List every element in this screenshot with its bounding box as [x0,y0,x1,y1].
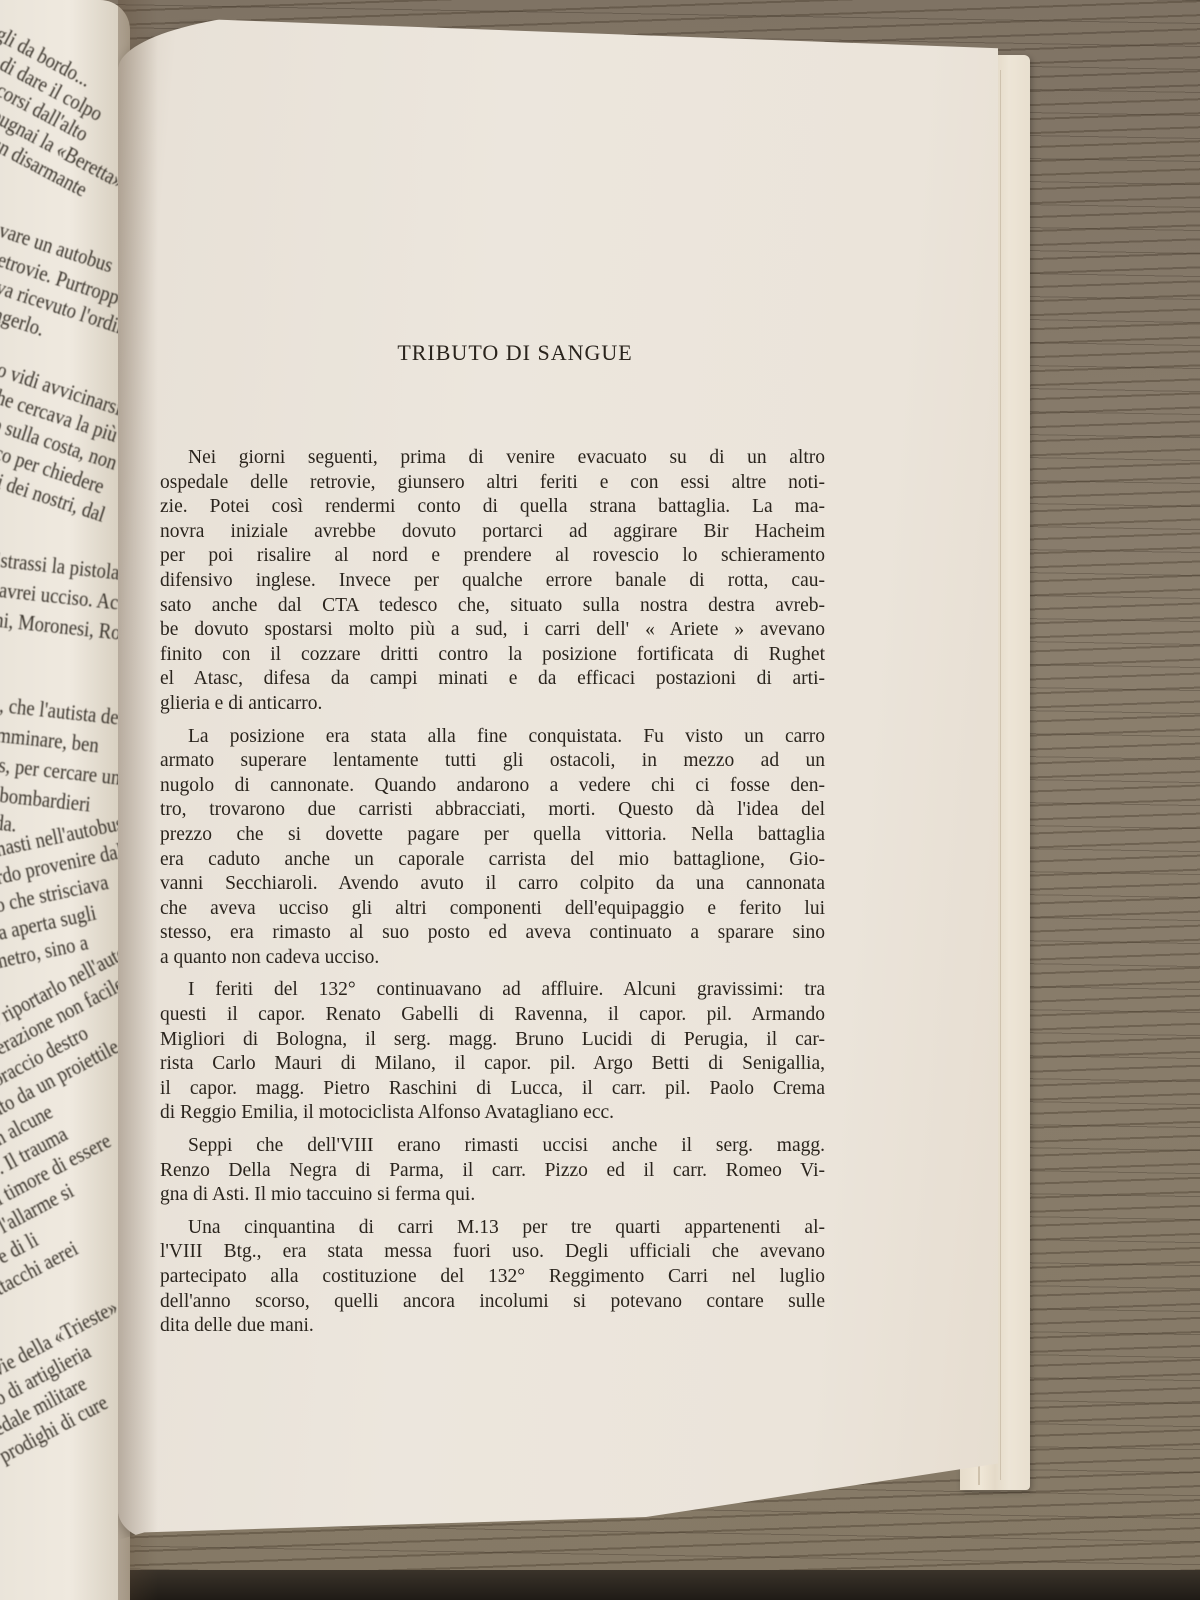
text-line: partecipato alla costituzione del 132° R… [160,1265,825,1290]
text-line: Renzo Della Negra di Parma, il carr. Piz… [160,1159,825,1184]
text-line: La posizione era stata alla fine conquis… [160,725,825,750]
text-line: l'VIII Btg., era stata messa fuori uso. … [160,1240,825,1265]
text-line: glieria e di anticarro. [160,692,825,717]
paragraph: La posizione era stata alla fine conquis… [160,725,825,971]
text-line: stesso, era rimasto al suo posto ed avev… [160,921,825,946]
paragraph: Nei giorni seguenti, prima di venire eva… [160,446,825,717]
text-line: che aveva ucciso gli altri componenti de… [160,897,825,922]
text-line: vanni Secchiaroli. Avendo avuto il carro… [160,872,825,897]
text-line: Migliori di Bologna, il serg. magg. Brun… [160,1028,825,1053]
text-line: dell'anno scorso, quelli ancora incolumi… [160,1290,825,1315]
text-line: I feriti del 132° continuavano ad afflui… [160,978,825,1003]
text-line: dita delle due mani. [160,1314,825,1339]
text-line: questi il capor. Renato Gabelli di Raven… [160,1003,825,1028]
text-line: el Atasc, difesa da campi minati e da ef… [160,667,825,692]
text-line: era caduto anche un caporale carrista de… [160,848,825,873]
text-line: a quanto non cadeva ucciso. [160,946,825,971]
text-line: Una cinquantina di carri M.13 per tre qu… [160,1216,825,1241]
paragraph: I feriti del 132° continuavano ad afflui… [160,978,825,1126]
text-line: zie. Potei così rendermi conto di quella… [160,495,825,520]
text-line: di Reggio Emilia, il motociclista Alfons… [160,1101,825,1126]
text-line: armato superare lentamente tutti gli ost… [160,749,825,774]
text-line: il capor. magg. Pietro Raschini di Lucca… [160,1077,825,1102]
body-text: Nei giorni seguenti, prima di venire eva… [160,446,825,1339]
text-line: prezzo che si dovette pagare per quella … [160,823,825,848]
text-line: sato anche dal CTA tedesco che, situato … [160,594,825,619]
text-line: rista Carlo Mauri di Milano, il capor. p… [160,1052,825,1077]
text-line: ospedale delle retrovie, giunsero altri … [160,471,825,496]
text-line: Nei giorni seguenti, prima di venire eva… [160,446,825,471]
text-line: finito con il cozzare dritti contro la p… [160,643,825,668]
left-page: rtagli da bordo...ito di dare il colpoe … [0,0,130,1600]
text-line: be dovuto spostarsi molto più a sud, i c… [160,618,825,643]
paragraph: Seppi che dell'VIII erano rimasti uccisi… [160,1134,825,1208]
text-line: novra iniziale avrebbe dovuto portarci a… [160,520,825,545]
chapter-title: TRIBUTO DI SANGUE [205,340,825,366]
table-edge [0,1570,1200,1600]
gutter-shadow [118,0,158,1600]
text-line: per poi risalire al nord e prendere al r… [160,544,825,569]
text-line: nugolo di cannonate. Quando andarono a v… [160,774,825,799]
text-line: tro, trovarono due carristi abbracciati,… [160,798,825,823]
text-line: difensivo inglese. Invece per qualche er… [160,569,825,594]
text-line: gna di Asti. Il mio taccuino si ferma qu… [160,1183,825,1208]
text-line: Seppi che dell'VIII erano rimasti uccisi… [160,1134,825,1159]
page-content: TRIBUTO DI SANGUE Nei giorni seguenti, p… [160,340,825,1347]
paragraph: Una cinquantina di carri M.13 per tre qu… [160,1216,825,1339]
